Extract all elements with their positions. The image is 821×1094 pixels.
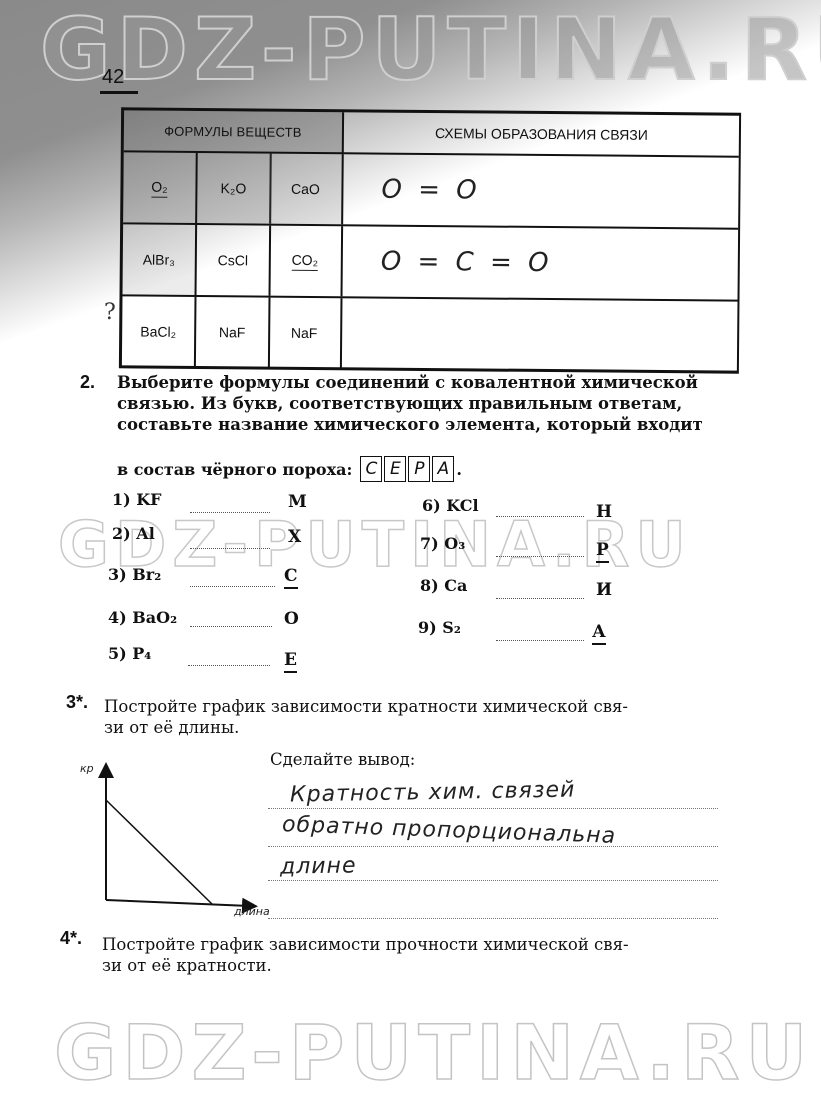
task4-line: Постройте график зависимости прочности х… <box>102 934 722 955</box>
formula-cell: K₂O <box>197 153 272 224</box>
task4-line: зи от её кратности. <box>102 955 722 976</box>
answer-box[interactable]: С <box>360 456 382 482</box>
option-letter: Х <box>288 527 301 547</box>
x-axis-label: длина <box>234 905 270 918</box>
task3-line: Постройте график зависимости кратности х… <box>104 696 724 717</box>
formula-cell: CsCl <box>197 225 272 296</box>
scheme-cell: O = O <box>343 154 739 227</box>
answer-box[interactable]: Е <box>384 456 406 482</box>
option-letter: Е <box>284 650 297 673</box>
bond-table: ФОРМУЛЫ ВЕЩЕСТВ СХЕМЫ ОБРАЗОВАНИЯ СВЯЗИ … <box>119 107 741 373</box>
handwritten-answer-line: обратно пропорциональна <box>282 812 617 849</box>
handwritten-answer-line: длине <box>280 853 357 879</box>
write-line[interactable] <box>268 918 718 919</box>
dotted-line <box>496 598 584 599</box>
task4-text: Постройте график зависимости прочности х… <box>102 934 722 976</box>
dotted-line <box>496 556 584 557</box>
formula-cell: BaCl₂ <box>122 296 197 367</box>
task2-line: Выберите формулы соединений с ковалентно… <box>117 372 735 393</box>
option-item: 4) BaO₂ <box>108 608 177 627</box>
scheme-cell <box>342 298 738 371</box>
trend-line <box>106 800 212 904</box>
task3-number: 3*. <box>66 692 88 713</box>
table-header-schemes: СХЕМЫ ОБРАЗОВАНИЯ СВЯЗИ <box>344 112 739 157</box>
dotted-line <box>190 512 270 513</box>
task4-number: 4*. <box>60 928 82 949</box>
dotted-line <box>496 516 584 517</box>
task2-line: составьте название химического элемента,… <box>117 414 735 435</box>
option-letter: С <box>284 566 298 589</box>
table-header-formulas: ФОРМУЛЫ ВЕЩЕСТВ <box>124 110 344 154</box>
option-letter: И <box>596 580 612 600</box>
formula-cell: CaO <box>269 154 344 225</box>
answer-prefix: в состав чёрного пороха: <box>117 460 352 479</box>
option-item: 3) Br₂ <box>108 565 161 584</box>
margin-question-mark: ? <box>104 300 116 325</box>
task2-text: Выберите формулы соединений с ковалентно… <box>117 372 735 435</box>
formula-cell: O₂ <box>123 152 198 223</box>
watermark-top: GDZ-PUTINA.RU <box>40 0 821 100</box>
formula-cell: AlBr₃ <box>123 224 198 295</box>
formula-cell: CO₂ <box>269 226 344 297</box>
task2-answer: в состав чёрного пороха: С Е Р А . <box>117 456 462 482</box>
write-line[interactable] <box>268 808 718 809</box>
option-item: 2) Al <box>112 524 155 543</box>
answer-box[interactable]: Р <box>408 456 430 482</box>
option-item: 1) KF <box>112 490 162 509</box>
option-letter: Н <box>596 502 612 522</box>
table-row: O₂ K₂O CaO O = O <box>123 152 739 229</box>
dotted-line <box>190 586 275 587</box>
answer-box[interactable]: А <box>432 456 454 482</box>
option-item: 9) S₂ <box>418 618 461 637</box>
table-row: BaCl₂ NaF NaF <box>122 296 738 371</box>
bond-order-vs-length-graph <box>70 758 280 923</box>
y-axis-label: кр <box>80 762 94 775</box>
option-letter: Р <box>596 540 609 563</box>
dotted-line <box>496 640 584 641</box>
formula-cell: NaF <box>196 297 271 368</box>
page-number: 42 <box>100 66 138 94</box>
dotted-line <box>188 665 270 666</box>
option-letter: О <box>284 609 299 629</box>
option-letter: М <box>288 492 307 512</box>
answer-suffix: . <box>456 460 462 479</box>
option-item: 7) O₃ <box>420 534 465 553</box>
write-line[interactable] <box>268 846 718 847</box>
scheme-cell: O = C = O <box>343 226 739 299</box>
task3-line: зи от её длины. <box>104 717 724 738</box>
conclusion-label: Сделайте вывод: <box>270 750 415 769</box>
handwritten-answer-line: Кратность хим. связей <box>290 778 576 808</box>
option-item: 5) P₄ <box>108 644 151 663</box>
dotted-line <box>190 626 272 627</box>
watermark-bottom: GDZ-PUTINA.RU <box>54 1008 813 1094</box>
task2-line: связью. Из букв, соответствующих правиль… <box>117 393 735 414</box>
task3-text: Постройте график зависимости кратности х… <box>104 696 724 738</box>
option-letter: А <box>592 622 606 645</box>
x-axis <box>106 900 250 906</box>
task2-number: 2. <box>80 372 95 393</box>
option-item: 6) KCl <box>422 496 479 515</box>
formula-cell: NaF <box>268 298 343 369</box>
dotted-line <box>190 548 270 549</box>
table-row: AlBr₃ CsCl CO₂ O = C = O <box>123 224 739 301</box>
option-item: 8) Ca <box>420 576 467 595</box>
write-line[interactable] <box>268 880 718 881</box>
